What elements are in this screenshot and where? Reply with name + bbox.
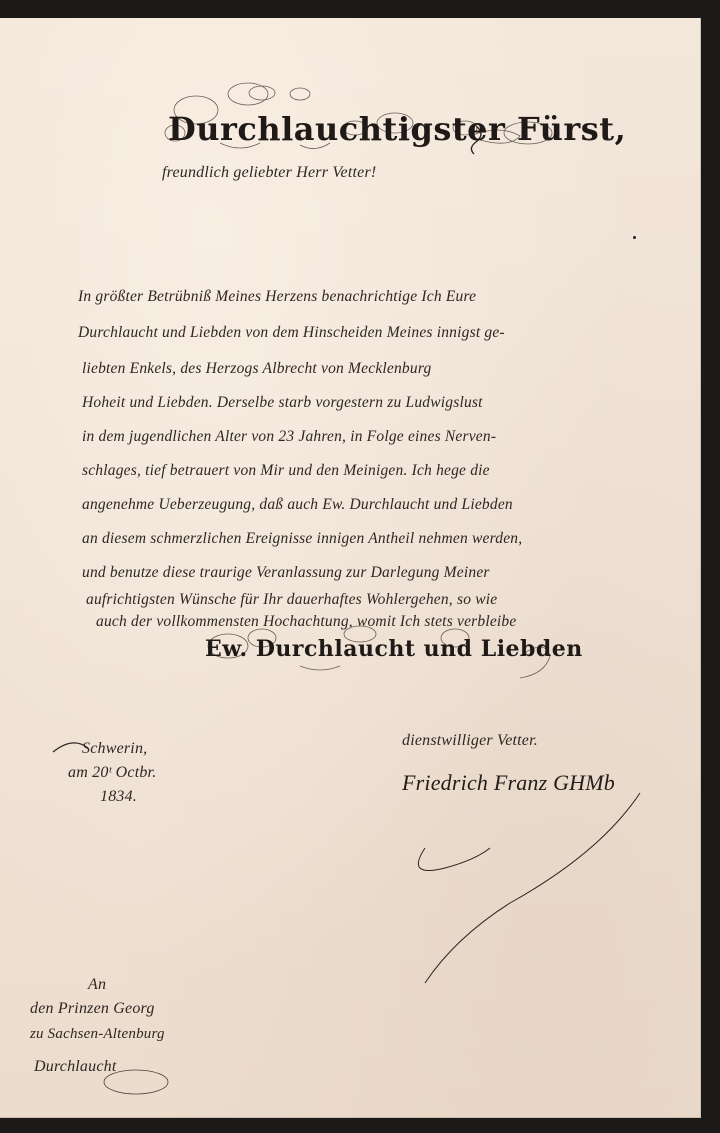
body-line: und benutze diese traurige Veranlassung … — [82, 564, 490, 582]
salutation-subtitle: freundlich geliebter Herr Vetter! — [162, 164, 376, 182]
body-line: auch der vollkommensten Hochachtung, wom… — [96, 613, 516, 631]
body-line: angenehme Ueberzeugung, daß auch Ew. Dur… — [82, 496, 513, 514]
body-line: aufrichtigsten Wünsche für Ihr dauerhaft… — [86, 591, 497, 609]
date-year: 1834. — [100, 788, 137, 806]
ink-dot — [633, 236, 636, 239]
letter-page: Durchlauchtigster Fürst, freundlich geli… — [0, 18, 701, 1118]
body-line: Durchlaucht und Liebden von dem Hinschei… — [78, 324, 505, 342]
salutation-title: Durchlauchtigster Fürst, — [168, 110, 626, 148]
body-line: Hoheit und Liebden. Derselbe starb vorge… — [82, 394, 483, 412]
body-line: liebten Enkels, des Herzogs Albrecht von… — [82, 360, 431, 378]
closing-address: Ew. Durchlaucht und Liebden — [205, 636, 583, 662]
body-line: in dem jugendlichen Alter von 23 Jahren,… — [82, 428, 496, 446]
signature-stroke-icon — [410, 788, 710, 1008]
recipient-line: den Prinzen Georg — [30, 1000, 155, 1018]
signature: Friedrich Franz GHMb — [402, 770, 615, 796]
date-line: am 20ᵗ Octbr. — [68, 764, 156, 782]
body-line: In größter Betrübniß Meines Herzens bena… — [78, 288, 476, 306]
valediction: dienstwilliger Vetter. — [402, 732, 538, 750]
place-name: Schwerin, — [82, 740, 147, 758]
recipient-line: Durchlaucht — [34, 1058, 116, 1076]
recipient-line: zu Sachsen-Altenburg — [30, 1026, 165, 1043]
body-line: schlages, tief betrauert von Mir und den… — [82, 462, 490, 480]
recipient-line: An — [88, 976, 106, 994]
body-line: an diesem schmerzlichen Ereignisse innig… — [82, 530, 522, 548]
